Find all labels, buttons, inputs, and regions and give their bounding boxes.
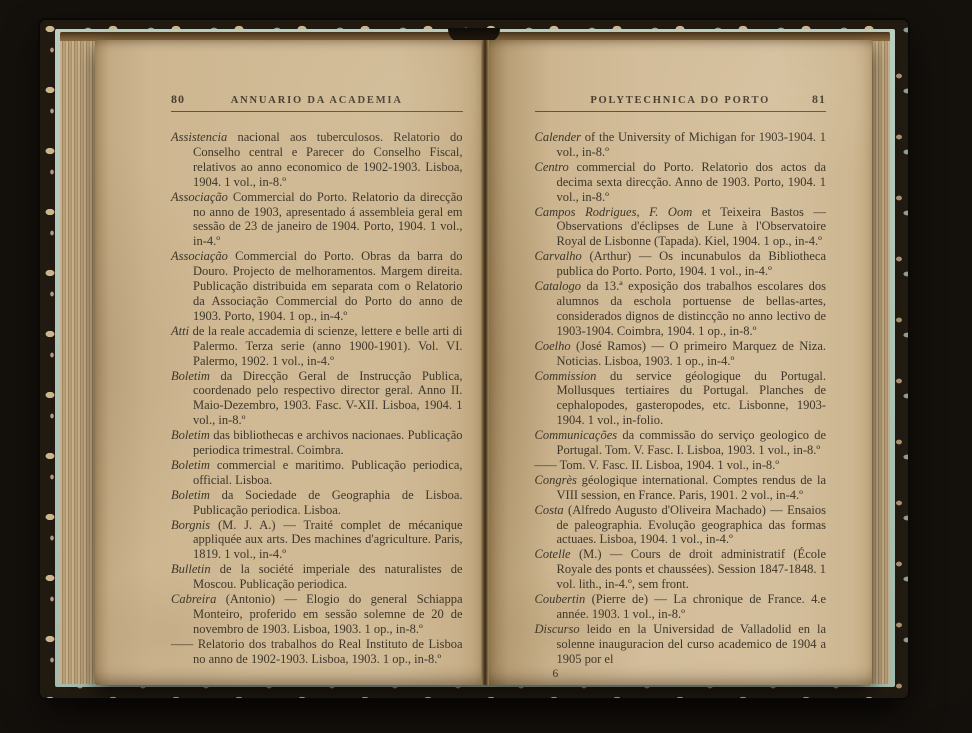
entry-lead-word: Boletim [171,458,210,472]
bibliography-list-right: Calender of the University of Michigan f… [535,130,827,667]
bibliography-entry: Costa (Alfredo Augusto d'Oliveira Machad… [535,503,827,548]
entry-lead-word: Atti [171,324,189,338]
book-gutter [481,40,489,685]
book-cover-marbled: 80 ANNUARIO DA ACADEMIA Assistencia naci… [40,20,908,698]
bibliography-entry: Calender of the University of Michigan f… [535,130,827,160]
entry-text: (Antonio) — Elogio do general Schiappa M… [193,592,463,636]
entry-text: Relatorio dos trabalhos do Real Institut… [193,637,463,666]
page-left: 80 ANNUARIO DA ACADEMIA Assistencia naci… [95,40,481,685]
entry-lead-word: Campos Rodrigues, F. Oom [535,205,693,219]
entry-lead-word: Carvalho [535,249,582,263]
entry-text: commercial do Porto. Relatorio dos actos… [557,160,827,204]
bibliography-entry: Commission du service géologique du Port… [535,369,827,429]
bibliography-entry: Bulletin de la société imperiale des nat… [171,562,463,592]
entry-lead-word: Communicações [535,428,618,442]
page-number-left: 80 [171,92,215,107]
entry-text: de la société imperiale des naturalistes… [193,562,463,591]
bibliography-entry: Boletim da Direcção Geral de Instrucção … [171,369,463,429]
bibliography-entry: Associação Commercial do Porto. Obras da… [171,249,463,324]
entry-lead-word: Centro [535,160,569,174]
entry-text: (Pierre de) — La chronique de France. 4.… [557,592,827,621]
entry-lead-word: Coubertin [535,592,586,606]
bibliography-entry: Coubertin (Pierre de) — La chronique de … [535,592,827,622]
entry-lead-word: Cabreira [171,592,216,606]
entry-text: nacional aos tuberculosos. Relatorio do … [193,130,463,189]
entry-lead-word: Catalogo [535,279,582,293]
bibliography-entry: Atti de la reale accademia di scienze, l… [171,324,463,369]
entry-text: (José Ramos) — O primeiro Marquez de Niz… [557,339,827,368]
entry-text: du service géologique du Portugal. Mollu… [557,369,827,428]
entry-lead-word: Commission [535,369,597,383]
header-rule-left [171,111,463,112]
entry-lead-word: —— [171,637,193,651]
entry-text: das bibliothecas e archivos nacionaes. P… [193,428,463,457]
bibliography-entry: —— Tom. V. Fasc. II. Lisboa, 1904. 1 vol… [535,458,827,473]
bibliography-entry: Centro commercial do Porto. Relatorio do… [535,160,827,205]
bibliography-entry: Coelho (José Ramos) — O primeiro Marquez… [535,339,827,369]
book-photo: 80 ANNUARIO DA ACADEMIA Assistencia naci… [0,0,972,733]
entry-text: (M. J. A.) — Traité complet de mécanique… [193,518,463,562]
entry-lead-word: Congrès [535,473,577,487]
bibliography-entry: Congrès géologique international. Compte… [535,473,827,503]
entry-lead-word: Associação [171,190,228,204]
entry-text: de la reale accademia di scienze, letter… [193,324,463,368]
page-right-header: POLYTECHNICA DO PORTO 81 [535,92,827,107]
bibliography-list-left: Assistencia nacional aos tuberculosos. R… [171,130,463,667]
entry-text: Tom. V. Fasc. II. Lisboa, 1904. 1 vol., … [560,458,780,472]
bibliography-entry: Boletim das bibliothecas e archivos naci… [171,428,463,458]
page-left-header: 80 ANNUARIO DA ACADEMIA [171,92,463,107]
entry-lead-word: Boletim [171,369,210,383]
entry-text: da Direcção Geral de Instrucção Publica,… [193,369,463,428]
running-title-left: ANNUARIO DA ACADEMIA [215,95,419,106]
entry-lead-word: Coelho [535,339,571,353]
entry-lead-word: Assistencia [171,130,227,144]
bibliography-entry: Communicações da commissão do serviço ge… [535,428,827,458]
entry-text: da 13.ª exposição dos trabalhos escolare… [557,279,827,338]
bibliography-entry: Campos Rodrigues, F. Oom et Teixeira Bas… [535,205,827,250]
entry-lead-word: Boletim [171,428,210,442]
entry-text: of the University of Michigan for 1903-1… [557,130,827,159]
page-number-right: 81 [782,92,826,107]
bibliography-entry: Boletim da Sociedade de Geographia de Li… [171,488,463,518]
bibliography-entry: Catalogo da 13.ª exposição dos trabalhos… [535,279,827,339]
entry-text: da Sociedade de Geographia de Lisboa. Pu… [193,488,463,517]
entry-lead-word: Calender [535,130,582,144]
bibliography-entry: Carvalho (Arthur) — Os incunabulos da Bi… [535,249,827,279]
bibliography-entry: Borgnis (M. J. A.) — Traité complet de m… [171,518,463,563]
bibliography-entry: Assistencia nacional aos tuberculosos. R… [171,130,463,190]
signature-mark: 6 [535,668,827,680]
entry-text: Commercial do Porto. Obras da barra do D… [193,249,463,323]
entry-lead-word: Bulletin [171,562,211,576]
bibliography-entry: Cotelle (M.) — Cours de droit administra… [535,547,827,592]
entry-lead-word: Discurso [535,622,580,636]
header-rule-right [535,111,827,112]
running-title-right: POLYTECHNICA DO PORTO [579,95,783,106]
entry-text: (Alfredo Augusto d'Oliveira Machado) — E… [557,503,827,547]
entry-text: géologique international. Comptes rendus… [557,473,827,502]
entry-lead-word: Cotelle [535,547,571,561]
entry-lead-word: —— [535,458,557,472]
entry-text: commercial e maritimo. Publicação period… [193,458,463,487]
entry-text: (M.) — Cours de droit administratif (Éco… [557,547,827,591]
entry-text: (Arthur) — Os incunabulos da Bibliotheca… [557,249,827,278]
bibliography-entry: Cabreira (Antonio) — Elogio do general S… [171,592,463,637]
entry-lead-word: Borgnis [171,518,210,532]
bibliography-entry: —— Relatorio dos trabalhos do Real Insti… [171,637,463,667]
bibliography-entry: Discurso leido en la Universidad de Vall… [535,622,827,667]
bibliography-entry: Associação Commercial do Porto. Relatori… [171,190,463,250]
entry-lead-word: Associação [171,249,228,263]
entry-lead-word: Boletim [171,488,210,502]
entry-text: leido en la Universidad de Valladolid en… [557,622,827,666]
bibliography-entry: Boletim commercial e maritimo. Publicaçã… [171,458,463,488]
page-right: POLYTECHNICA DO PORTO 81 Calender of the… [489,40,873,685]
entry-text: Commercial do Porto. Relatorio da direcç… [193,190,463,249]
open-spread: 80 ANNUARIO DA ACADEMIA Assistencia naci… [95,40,872,685]
entry-lead-word: Costa [535,503,564,517]
